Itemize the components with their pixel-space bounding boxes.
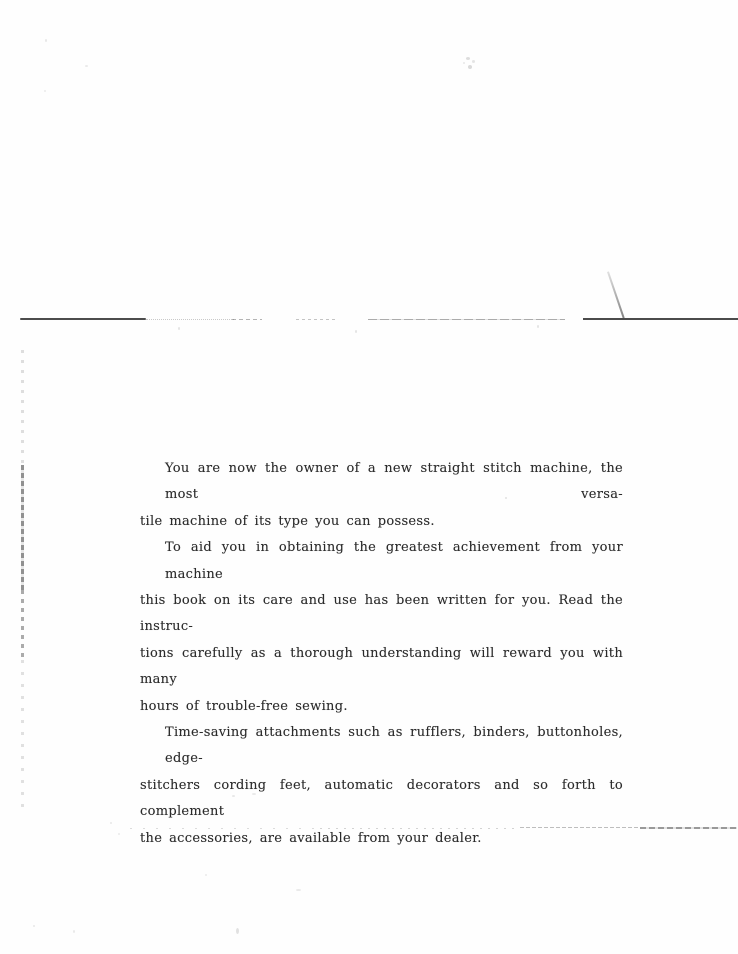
smudge [466, 57, 470, 60]
text-line: You are now the owner of a new straight … [140, 456, 623, 509]
speck [296, 889, 301, 891]
page-rule-segment [368, 319, 565, 320]
page-rule-segment [232, 319, 262, 320]
left-edge-marks [21, 465, 24, 590]
left-edge-marks [21, 660, 24, 810]
left-edge-marks [21, 590, 24, 660]
text-line: stitchers cording feet, automatic decora… [140, 773, 623, 826]
speck [110, 822, 112, 824]
smudge [463, 62, 465, 64]
page-rule-segment [146, 319, 234, 320]
bottom-edge-marks [640, 827, 737, 829]
text-line: tile machine of its type you can possess… [140, 509, 623, 535]
text-line: Time-saving attachments such as rufflers… [140, 720, 623, 773]
left-edge-marks [21, 350, 24, 465]
smudge [468, 65, 472, 69]
scanned-page: You are now the owner of a new straight … [0, 0, 738, 954]
text-line: tions carefully as a thorough understand… [140, 641, 623, 694]
speck [355, 330, 357, 333]
smudge [472, 60, 475, 63]
speck [45, 39, 47, 42]
text-line: To aid you in obtaining the greatest ach… [140, 535, 623, 588]
speck [205, 874, 207, 876]
paragraph: Time-saving attachments such as rufflers… [140, 720, 623, 852]
speck [236, 928, 239, 934]
speck [118, 833, 120, 835]
speck [178, 327, 180, 330]
diagonal-crease-line [607, 272, 624, 319]
paragraph: To aid you in obtaining the greatest ach… [140, 535, 623, 720]
speck [44, 90, 46, 92]
text-line: this book on its care and use has been w… [140, 588, 623, 641]
text-line: hours of trouble-free sewing. [140, 694, 623, 720]
text-line: the accessories, are available from your… [140, 826, 623, 852]
speck [537, 325, 539, 328]
speck [85, 65, 88, 67]
speck [33, 925, 35, 927]
body-text: You are now the owner of a new straight … [140, 456, 623, 852]
page-rule-segment [296, 319, 336, 320]
speck [73, 930, 75, 933]
page-rule-segment [20, 318, 146, 320]
page-rule-segment [583, 318, 738, 320]
paragraph: You are now the owner of a new straight … [140, 456, 623, 535]
